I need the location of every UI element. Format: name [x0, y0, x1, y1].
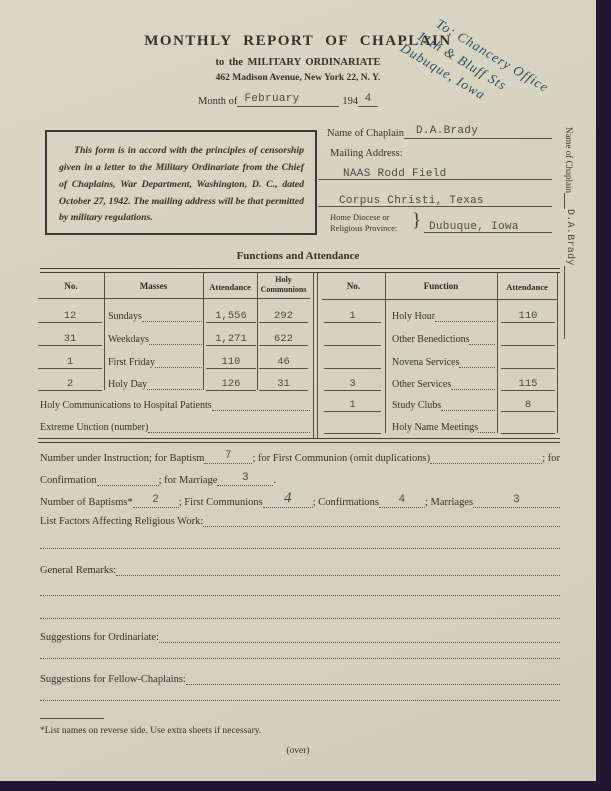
functions-header-function: Function: [385, 281, 497, 291]
functions-table-vline3: [557, 272, 558, 433]
masses-row-communions: 46: [259, 349, 308, 369]
masses-header-no: No.: [38, 281, 104, 291]
functions-row-no: [324, 414, 381, 434]
diocese-value: Dubuque, Iowa: [424, 221, 519, 233]
footnote-rule: [40, 718, 104, 719]
masses-row-communions: 622: [259, 326, 308, 346]
censorship-notice-box: This form is in accord with the principl…: [45, 130, 317, 235]
baptism-instruction-field: 7: [204, 445, 252, 464]
hospital-communions-label: Holy Communications to Hospital Patients: [40, 400, 212, 411]
masses-header-attendance: Attendance: [203, 282, 257, 292]
masses-row-attendance: 1,271: [206, 326, 256, 346]
functions-header-no: No.: [322, 281, 385, 291]
general-remarks-line: General Remarks:: [40, 560, 560, 576]
baptisms-field: 2: [133, 489, 179, 508]
functions-row-label: Holy Hour: [392, 311, 435, 322]
month-value: February: [237, 93, 299, 105]
first-communions-field: 4: [263, 489, 313, 508]
over-label: (over): [0, 746, 596, 756]
margin-name-of-chaplain: Name of Chaplain D.A.Brady: [564, 127, 579, 339]
functions-row-no: 3: [324, 371, 381, 391]
mailing-address-label: Mailing Address:: [330, 148, 403, 159]
sacraments-line: Number of Baptisms* 2 ; First Communions…: [40, 492, 560, 508]
masses-row-communions: 31: [259, 371, 308, 391]
fellow-chaplains-suggestions-field: [186, 684, 560, 685]
masses-row-no: 2: [38, 371, 102, 391]
table-divider-vline2: [317, 272, 318, 438]
diocese-field: Dubuque, Iowa: [424, 216, 552, 233]
masses-row-attendance: 126: [206, 371, 256, 391]
factors-line: List Factors Affecting Religious Work:: [40, 511, 560, 527]
extreme-unction-line: Extreme Unction (number): [40, 415, 310, 433]
blank-writing-line: [40, 548, 560, 549]
name-of-chaplain-value: D.A.Brady: [404, 125, 478, 137]
ordinariate-suggestions-label: Suggestions for Ordinariate:: [40, 632, 159, 643]
year-field: 4: [358, 88, 378, 107]
masses-header-communions: Holy Communions: [257, 275, 310, 294]
masses-header-underline: [38, 298, 310, 299]
fellow-chaplains-suggestions-label: Suggestions for Fellow-Chaplains:: [40, 674, 186, 685]
functions-header-underline: [322, 299, 557, 300]
masses-row-attendance: 1,556: [206, 303, 256, 323]
section-title: Functions and Attendance: [0, 250, 596, 262]
functions-row-attendance: [501, 349, 555, 369]
mailing-address-line1-field: NAAS Rodd Field: [318, 163, 552, 180]
functions-row-no: 1: [324, 303, 381, 323]
functions-row-label: Novena Services: [392, 357, 459, 368]
functions-row: Other Benedictions: [392, 326, 495, 345]
mailing-address-line2-value: Corpus Christi, Texas: [318, 195, 484, 207]
functions-row-label: Other Services: [392, 379, 451, 390]
general-remarks-label: General Remarks:: [40, 565, 116, 576]
month-label: Month of: [198, 96, 237, 107]
masses-row-no: 1: [38, 349, 102, 369]
marriage-instruction-field: 3: [217, 467, 273, 486]
month-line: Month of February 194 4: [198, 92, 378, 107]
functions-row: Novena Services: [392, 349, 495, 368]
masses-row-no: 12: [38, 303, 102, 323]
functions-row-no: [324, 349, 381, 369]
ordinariate-suggestions-line: Suggestions for Ordinariate:: [40, 627, 560, 643]
functions-row-no: 1: [324, 392, 381, 412]
diocese-label: Home Diocese or Religious Province:: [330, 212, 397, 234]
masses-row-label: Weekdays: [108, 334, 149, 345]
functions-row-attendance: [501, 326, 555, 346]
masses-row-communions: 292: [259, 303, 308, 323]
ordinariate-suggestions-field: [159, 642, 560, 643]
functions-row: Holy Name Meetings: [392, 414, 495, 433]
functions-row-attendance: [501, 414, 555, 434]
functions-row: Other Services: [392, 371, 495, 390]
blank-writing-line: [40, 700, 560, 701]
masses-row-no: 31: [38, 326, 102, 346]
footnote-text: *List names on reverse side. Use extra s…: [40, 726, 261, 736]
functions-row-label: Study Clubs: [392, 400, 441, 411]
diocese-label-line2: Religious Province:: [330, 223, 397, 234]
scanned-form-page: MONTHLY REPORT OF CHAPLAIN to the MILITA…: [0, 0, 596, 781]
masses-row: Holy Day: [108, 371, 202, 390]
blank-writing-line: [40, 595, 560, 596]
table-divider-vline1: [313, 272, 314, 438]
masses-header-masses: Masses: [104, 281, 203, 291]
masses-row-label: Sundays: [108, 311, 142, 322]
name-of-chaplain-label: Name of Chaplain: [327, 128, 404, 139]
masses-row-attendance: 110: [206, 349, 256, 369]
name-of-chaplain-field: D.A.Brady: [404, 120, 552, 139]
confirmation-instruction-field: [97, 485, 159, 486]
masses-row-label: Holy Day: [108, 379, 147, 390]
functions-table-vline1: [385, 272, 386, 433]
year-prefix: 194: [342, 96, 358, 107]
masses-row: First Friday: [108, 349, 202, 368]
functions-row-attendance: 110: [501, 303, 555, 323]
handwritten-first-communions-value: 4: [284, 490, 292, 506]
factors-field: [203, 526, 560, 527]
mailing-address-line2-field: Corpus Christi, Texas: [318, 190, 552, 207]
functions-row-attendance: 8: [501, 392, 555, 412]
diocese-brace: }: [412, 210, 421, 232]
instruction-line1: Number under Instruction; for Baptism 7 …: [40, 448, 560, 464]
functions-row-label: Other Benedictions: [392, 334, 469, 345]
functions-row: Holy Hour: [392, 303, 495, 322]
confirmations-field: 4: [379, 489, 425, 508]
functions-row-no: [324, 326, 381, 346]
year-digit: 4: [365, 93, 372, 105]
functions-table-vline2: [497, 272, 498, 433]
month-field: February: [237, 88, 339, 107]
margin-name-label: Name of Chaplain: [564, 127, 574, 193]
bottom-double-rule: [38, 438, 560, 443]
blank-writing-line: [40, 658, 560, 659]
blank-writing-line: [40, 618, 560, 619]
masses-row: Weekdays: [108, 326, 202, 345]
form-title: MONTHLY REPORT OF CHAPLAIN: [0, 33, 596, 50]
extreme-unction-label: Extreme Unction (number): [40, 422, 148, 433]
functions-row-label: Holy Name Meetings: [392, 422, 478, 433]
marriages-field: 3: [473, 489, 560, 508]
name-of-chaplain-row: Name of Chaplain D.A.Brady: [327, 123, 552, 139]
top-double-rule: [40, 268, 560, 273]
functions-row: Study Clubs: [392, 392, 495, 411]
functions-row-attendance: 115: [501, 371, 555, 391]
masses-row: Sundays: [108, 303, 202, 322]
general-remarks-field: [116, 575, 560, 576]
mailing-address-line1-value: NAAS Rodd Field: [318, 168, 447, 180]
functions-header-attendance: Attendance: [497, 282, 557, 292]
instruction-line2: Confirmation ; for Marriage 3 .: [40, 470, 560, 486]
factors-label: List Factors Affecting Religious Work:: [40, 516, 203, 527]
fellow-chaplains-suggestions-line: Suggestions for Fellow-Chaplains:: [40, 669, 560, 685]
censorship-notice-text: This form is in accord with the principl…: [47, 132, 315, 227]
hospital-communions-line: Holy Communications to Hospital Patients: [40, 393, 310, 411]
diocese-label-line1: Home Diocese or: [330, 212, 397, 223]
masses-row-label: First Friday: [108, 357, 155, 368]
first-communion-instruction-field: [430, 463, 542, 464]
